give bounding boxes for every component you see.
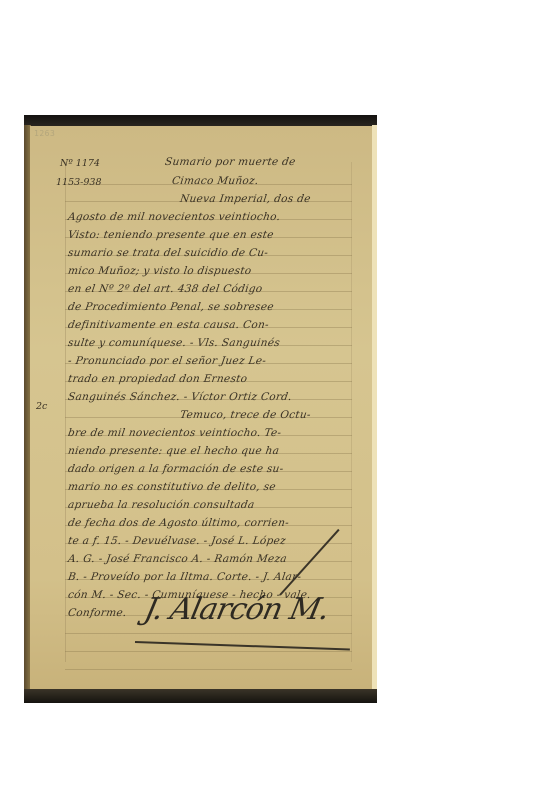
body-line: sulte y comuníquese. - Vls. Sanguinés	[67, 337, 281, 349]
body-line: en el Nº 2º del art. 438 del Código	[67, 283, 263, 295]
signature: J. Alarcón M.	[141, 592, 332, 627]
body-line: Conforme.	[67, 607, 127, 619]
body-line: sumario se trata del suicidio de Cu-	[67, 247, 269, 259]
file-reference: 1153-938	[56, 177, 102, 188]
body-line: mico Muñoz; y visto lo dispuesto	[67, 265, 252, 277]
ledger-page: 1263 Nº 1174 1153-938 2c Sumari	[30, 126, 372, 690]
body-line: Visto: teniendo presente que en este	[67, 229, 274, 241]
body-line: - Pronunciado por el señor Juez Le-	[67, 355, 267, 367]
body-line: dado origen a la formación de este su-	[67, 463, 284, 475]
margin-note: 2c	[36, 401, 47, 412]
body-line: bre de mil novecientos veintiocho. Te-	[67, 427, 282, 439]
ruled-line	[65, 633, 352, 634]
body-line: te a f. 15. - Devuélvase. - José L. Lópe…	[67, 535, 287, 547]
page-right-edge	[372, 125, 377, 691]
body-line: aprueba la resolución consultada	[67, 499, 255, 511]
document-photo: 1263 Nº 1174 1153-938 2c Sumari	[24, 115, 377, 703]
signature-flourish	[279, 529, 339, 596]
page-stamp: 1263	[34, 129, 55, 138]
body-line: trado en propiedad don Ernesto	[67, 373, 248, 385]
ruled-line	[65, 651, 352, 652]
body-line: B. - Proveído por la Iltma. Corte. - J. …	[67, 571, 302, 583]
body-line: Sanguinés Sánchez. - Víctor Ortiz Cord.	[67, 391, 293, 403]
body-line: A. G. - José Francisco A. - Ramón Meza	[67, 553, 288, 565]
body-line: mario no es constitutivo de delito, se	[67, 481, 277, 493]
title-line: Cimaco Muñoz.	[171, 175, 259, 187]
body-line: Temuco, trece de Octu-	[179, 409, 311, 421]
body-line: de Procedimiento Penal, se sobresee	[67, 301, 274, 313]
ruled-line	[65, 669, 352, 670]
bottom-shadow-band	[24, 689, 377, 703]
signature-underline	[135, 641, 350, 651]
title-line: Sumario por muerte de	[164, 156, 296, 168]
body-line: Nueva Imperial, dos de	[179, 193, 311, 205]
body-line: definitivamente en esta causa. Con-	[67, 319, 270, 331]
entry-number: Nº 1174	[60, 158, 100, 169]
body-line: Agosto de mil novecientos veintiocho.	[67, 211, 281, 223]
body-line: niendo presente: que el hecho que ha	[67, 445, 280, 457]
body-line: de fecha dos de Agosto último, corrien-	[67, 517, 290, 529]
